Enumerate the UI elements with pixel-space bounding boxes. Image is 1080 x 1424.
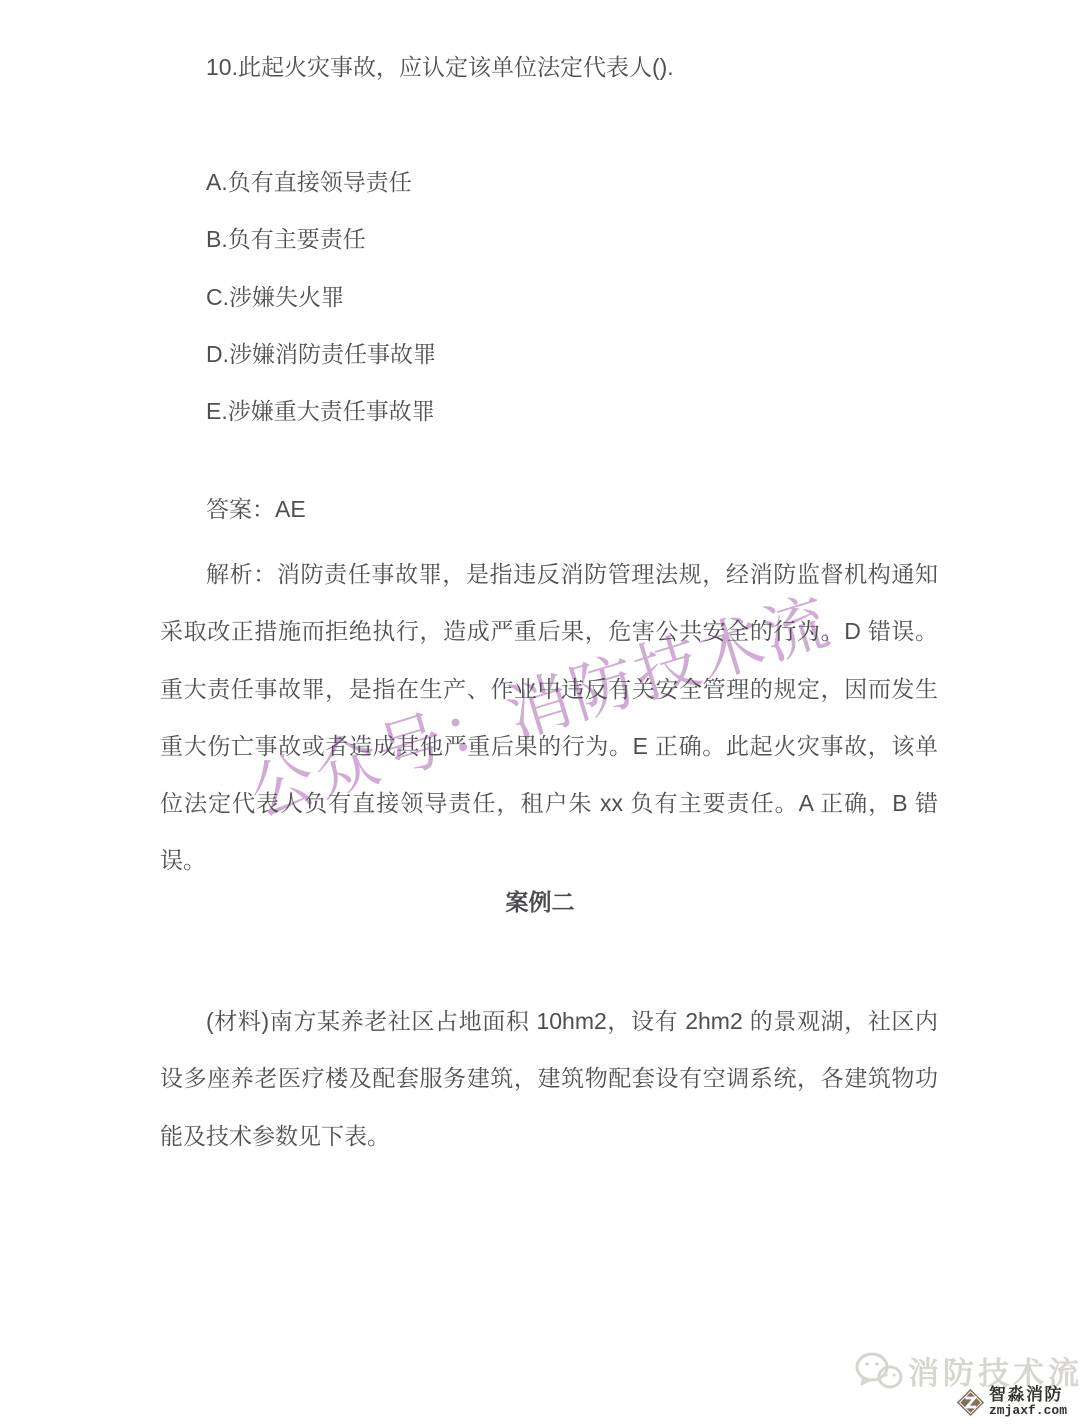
options-list: A.负有直接领导责任 B.负有主要责任 C.涉嫌失火罪 D.涉嫌消防责任事故罪 … [160, 154, 938, 440]
option-a: A.负有直接领导责任 [160, 154, 938, 211]
option-c: C.涉嫌失火罪 [160, 269, 938, 326]
brand-logo: 智淼消防 zmjaxf.com [956, 1386, 1067, 1418]
explanation-paragraph: 解析：消防责任事故罪，是指违反消防管理法规，经消防监督机构通知采取改正措施而拒绝… [160, 546, 938, 890]
brand-domain: zmjaxf.com [989, 1404, 1067, 1418]
option-e: E.涉嫌重大责任事故罪 [160, 383, 938, 440]
option-d: D.涉嫌消防责任事故罪 [160, 326, 938, 383]
document-page: 公众号：消防技术流 10.此起火灾事故，应认定该单位法定代表人(). A.负有直… [0, 0, 1080, 1424]
wechat-icon [854, 1351, 904, 1391]
question-stem: 10.此起火灾事故，应认定该单位法定代表人(). [160, 39, 938, 96]
brand-name: 智淼消防 [989, 1386, 1067, 1404]
diamond-logo-icon [956, 1388, 985, 1417]
case-heading: 案例二 [0, 874, 1080, 931]
option-b: B.负有主要责任 [160, 211, 938, 268]
brand-text-group: 智淼消防 zmjaxf.com [989, 1386, 1067, 1418]
material-paragraph: (材料)南方某养老社区占地面积 10hm2，设有 2hm2 的景观湖，社区内设多… [160, 993, 938, 1165]
answer-line: 答案：AE [160, 481, 938, 538]
